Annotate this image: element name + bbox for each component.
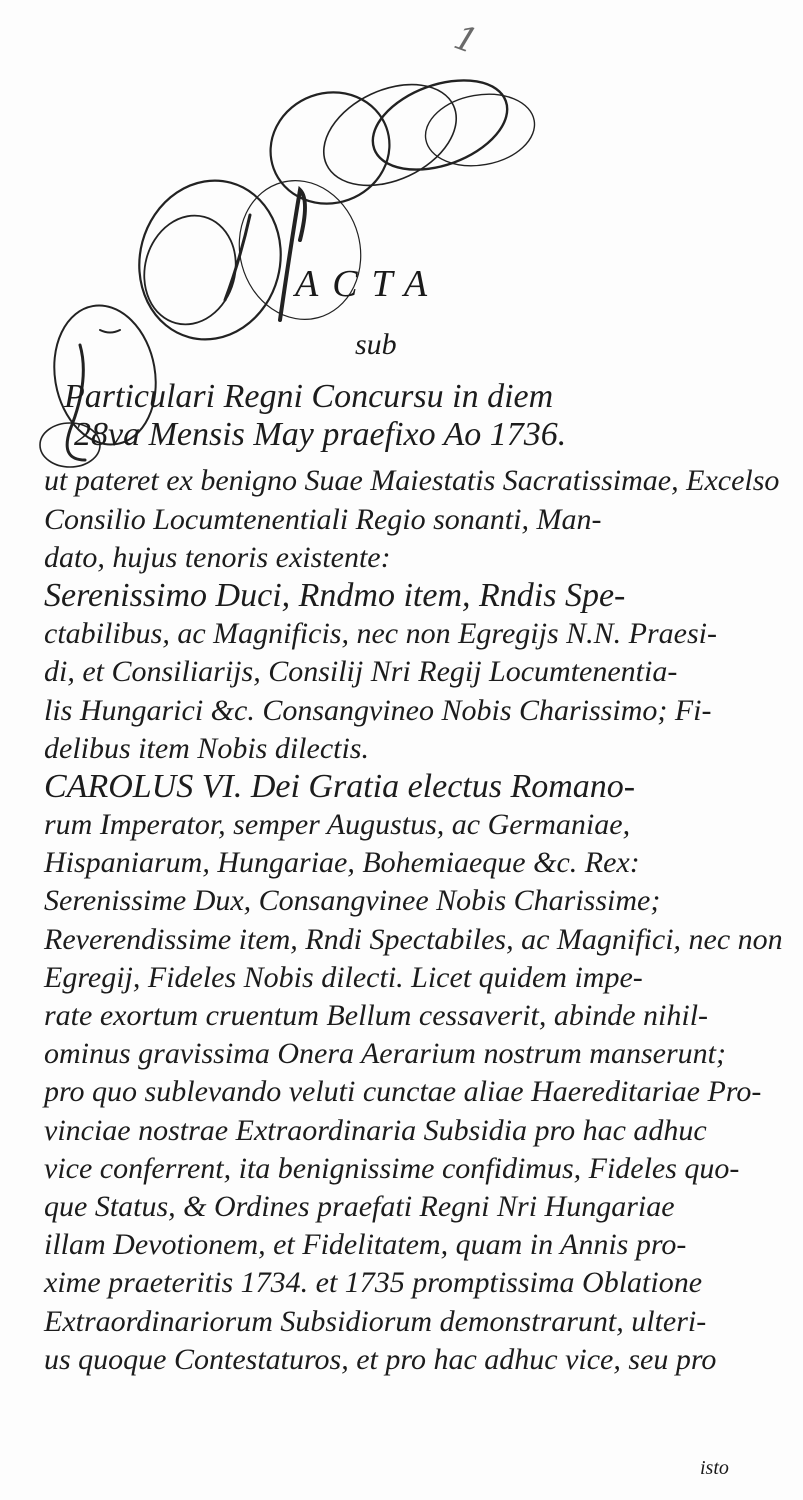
text-line: vice conferrent, ita benignissime confid… (44, 1150, 764, 1188)
manuscript-body: Particulari Regni Concursu in diem 28va … (44, 378, 764, 1379)
text-line: Serenissime Dux, Consangvinee Nobis Char… (44, 882, 764, 920)
document-subtitle: sub (355, 328, 397, 362)
manuscript-page: 1 ACTA sub Particulari Regni Concursu in… (0, 0, 803, 1500)
document-title: ACTA (295, 262, 441, 306)
text-line: Extraordinariorum Subsidiorum demonstrar… (44, 1303, 764, 1341)
text-line: ctabilibus, ac Magnificis, nec non Egreg… (44, 615, 764, 653)
text-line: Consilio Locumtenentiali Regio sonanti, … (44, 501, 764, 539)
text-line: Serenissimo Duci, Rndmo item, Rndis Spe- (44, 577, 764, 615)
text-line: us quoque Contestaturos, et pro hac adhu… (44, 1341, 764, 1379)
text-line: ut pateret ex benigno Suae Maiestatis Sa… (44, 462, 764, 500)
text-line: Egregij, Fideles Nobis dilecti. Licet qu… (44, 959, 764, 997)
catchword: isto (700, 1457, 729, 1480)
text-line: xime praeteritis 1734. et 1735 promptiss… (44, 1264, 764, 1302)
text-line: Reverendissime item, Rndi Spectabiles, a… (44, 921, 764, 959)
text-line: illam Devotionem, et Fidelitatem, quam i… (44, 1226, 764, 1264)
text-line: CAROLUS VI. Dei Gratia electus Romano- (44, 768, 764, 806)
text-line: dato, hujus tenoris existente: (44, 539, 764, 577)
text-line: ominus gravissima Onera Aerarium nostrum… (44, 1035, 764, 1073)
text-line: Particulari Regni Concursu in diem (44, 378, 764, 416)
text-line: vinciae nostrae Extraordinaria Subsidia … (44, 1112, 764, 1150)
text-line: que Status, & Ordines praefati Regni Nri… (44, 1188, 764, 1226)
text-line: delibus item Nobis dilectis. (44, 730, 764, 768)
text-line: rate exortum cruentum Bellum cessaverit,… (44, 997, 764, 1035)
text-line: pro quo sublevando veluti cunctae aliae … (44, 1073, 764, 1111)
text-line: lis Hungarici &c. Consangvineo Nobis Cha… (44, 692, 764, 730)
text-line: rum Imperator, semper Augustus, ac Germa… (44, 806, 764, 844)
text-line: di, et Consiliarijs, Consilij Nri Regij … (44, 653, 764, 691)
text-line: Hispaniarum, Hungariae, Bohemiaeque &c. … (44, 844, 764, 882)
text-line: 28va Mensis May praefixo Ao 1736. (44, 416, 764, 454)
